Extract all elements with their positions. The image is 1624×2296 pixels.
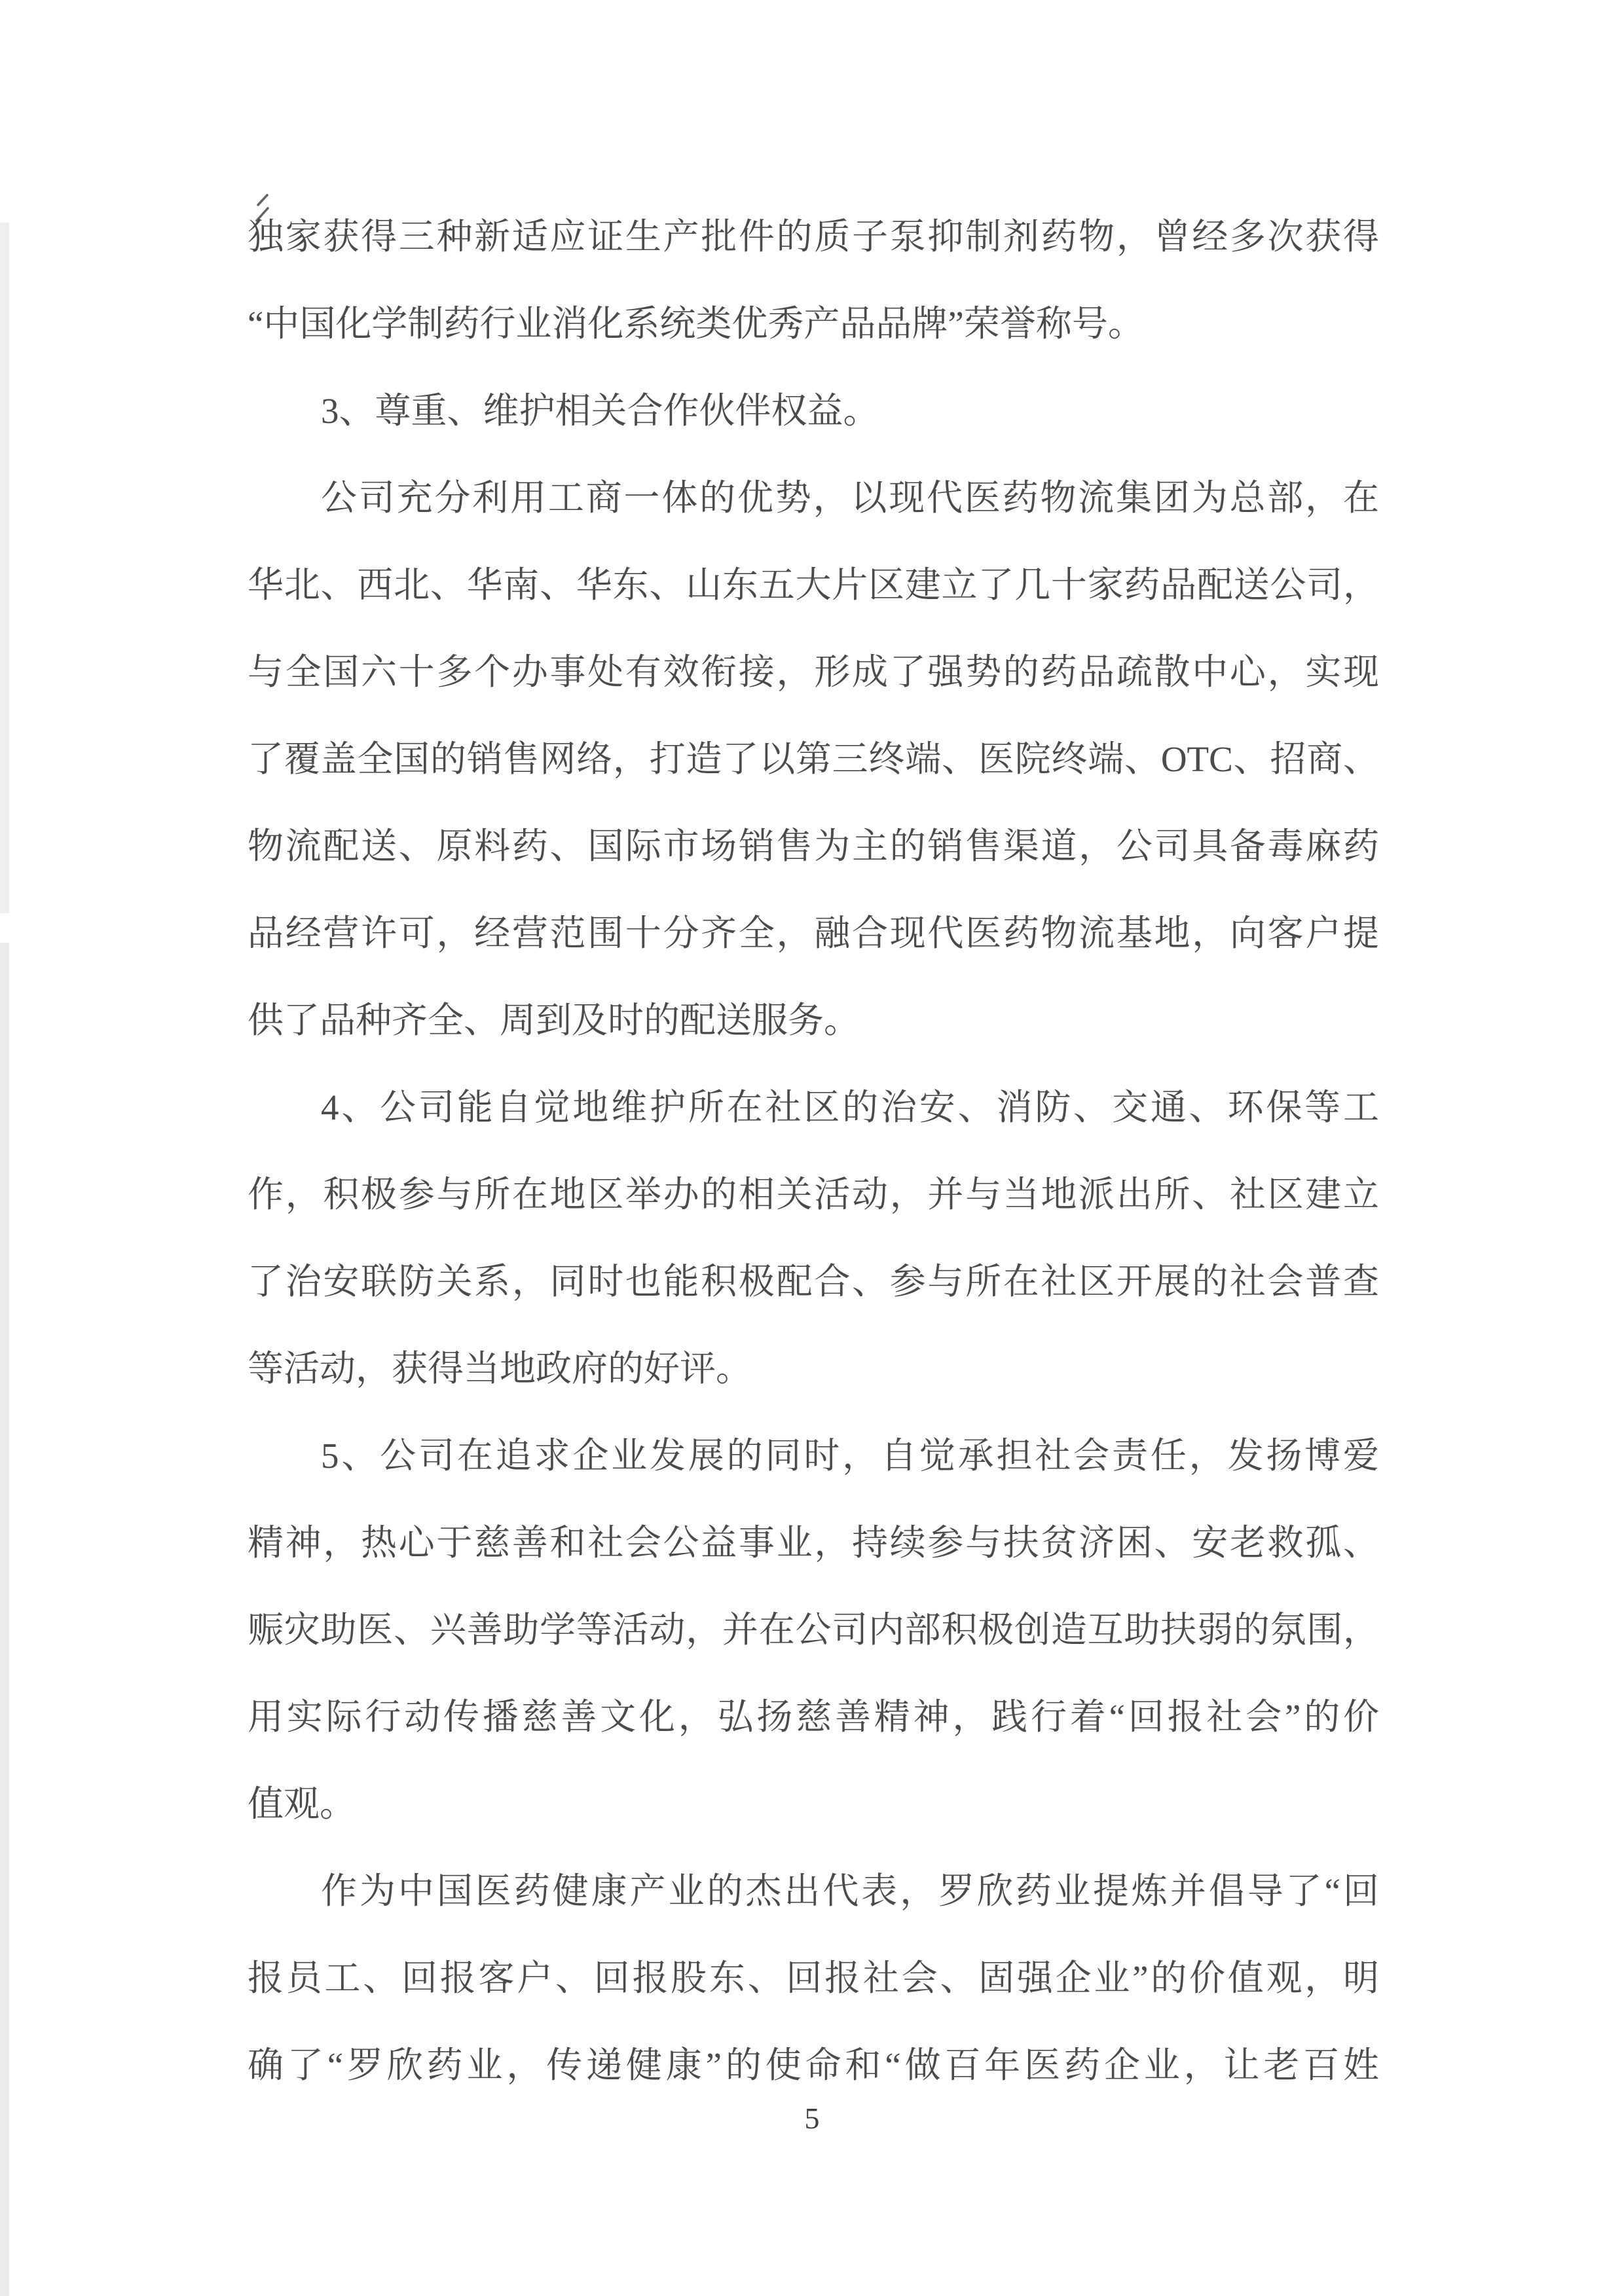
text-line: 了覆盖全国的销售网络，打造了以第三终端、医院终端、OTC、招商、 bbox=[248, 716, 1379, 803]
text-line: 华北、西北、华南、华东、山东五大片区建立了几十家药品配送公司， bbox=[248, 541, 1379, 629]
text-block: 独家获得三种新适应证生产批件的质子泵抑制剂药物，曾经多次获得“中国化学制药行业消… bbox=[248, 193, 1379, 2109]
document-page: 独家获得三种新适应证生产批件的质子泵抑制剂药物，曾经多次获得“中国化学制药行业消… bbox=[0, 0, 1624, 2296]
text-line: 品经营许可，经营范围十分齐全，融合现代医药物流基地，向客户提 bbox=[248, 890, 1379, 977]
text-line: 作为中国医药健康产业的杰出代表，罗欣药业提炼并倡导了“回 bbox=[248, 1848, 1379, 1935]
text-line: 4、公司能自觉地维护所在社区的治安、消防、交通、环保等工 bbox=[248, 1064, 1379, 1151]
text-line: 独家获得三种新适应证生产批件的质子泵抑制剂药物，曾经多次获得 bbox=[248, 193, 1379, 280]
text-line: 物流配送、原料药、国际市场销售为主的销售渠道，公司具备毒麻药 bbox=[248, 803, 1379, 890]
text-line: 等活动，获得当地政府的好评。 bbox=[248, 1325, 1379, 1412]
text-line: 精神，热心于慈善和社会公益事业，持续参与扶贫济困、安老救孤、 bbox=[248, 1499, 1379, 1586]
text-line: 公司充分利用工商一体的优势，以现代医药物流集团为总部，在 bbox=[248, 454, 1379, 541]
text-line: 了治安联防关系，同时也能积极配合、参与所在社区开展的社会普查 bbox=[248, 1238, 1379, 1325]
text-line: 作，积极参与所在地区举办的相关活动，并与当地派出所、社区建立 bbox=[248, 1151, 1379, 1238]
text-line: 值观。 bbox=[248, 1760, 1379, 1848]
text-line: “中国化学制药行业消化系统类优秀产品品牌”荣誉称号。 bbox=[248, 280, 1379, 367]
text-line: 与全国六十多个办事处有效衔接，形成了强势的药品疏散中心，实现 bbox=[248, 629, 1379, 716]
text-line: 3、尊重、维护相关合作伙伴权益。 bbox=[248, 367, 1379, 454]
page-number: 5 bbox=[0, 2100, 1624, 2137]
text-line: 用实际行动传播慈善文化，弘扬慈善精神，践行着“回报社会”的价 bbox=[248, 1673, 1379, 1760]
scan-artifact-left-strip-upper bbox=[0, 223, 9, 913]
text-line: 报员工、回报客户、回报股东、回报社会、固强企业”的价值观，明 bbox=[248, 1935, 1379, 2022]
text-line: 供了品种齐全、周到及时的配送服务。 bbox=[248, 977, 1379, 1064]
scan-artifact-left-strip-lower bbox=[0, 943, 9, 2296]
text-line: 确了“罗欣药业，传递健康”的使命和“做百年医药企业，让老百姓 bbox=[248, 2022, 1379, 2109]
text-line: 5、公司在追求企业发展的同时，自觉承担社会责任，发扬博爱 bbox=[248, 1412, 1379, 1499]
text-line: 赈灾助医、兴善助学等活动，并在公司内部积极创造互助扶弱的氛围， bbox=[248, 1586, 1379, 1673]
